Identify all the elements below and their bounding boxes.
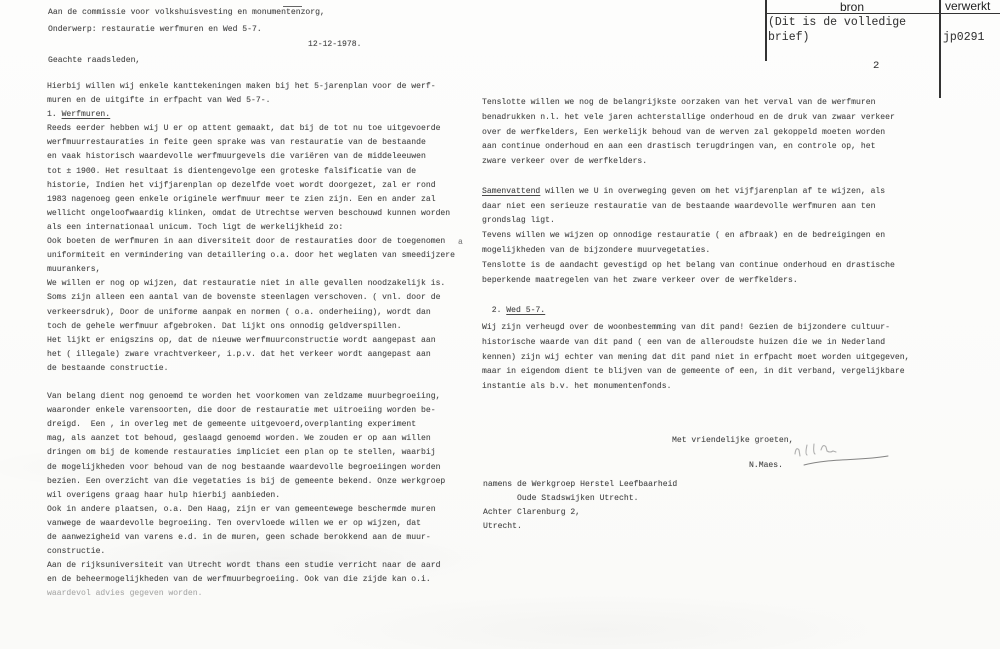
text-line: Tenslotte is de aandacht gevestigd op he… — [482, 259, 918, 274]
section-heading-wed: 2. Wed 5-7. — [482, 297, 545, 315]
text-line: Ook in andere plaatsen, o.a. Den Haag, z… — [47, 503, 457, 517]
text-line: muren en de uitgifte in erfpacht van Wed… — [47, 94, 457, 108]
text-line: toch de gehele werfmuur afgebroken. Dat … — [47, 320, 457, 334]
date-line: 12-12-1978. — [308, 40, 361, 49]
salutation-line: Geachte raadsleden, — [48, 56, 140, 65]
text-line: Reeds eerder hebben wij U er op attent g… — [47, 122, 457, 136]
stamp-border-middle — [939, 0, 941, 98]
right-column-part2: Wij zijn verheugd over de woonbestemming… — [482, 321, 918, 395]
text-line: historische waarde van dit pand ( een va… — [482, 336, 918, 351]
text-line: verkeersdruk), Door de uniforme aanpak e… — [47, 306, 457, 320]
signature-name: N.Maes. — [749, 461, 783, 470]
text-line: uniformiteit en vermindering van detaill… — [47, 249, 457, 263]
text-line: Hierbij willen wij enkele kanttekeningen… — [47, 80, 457, 94]
heading-number: 2. — [492, 306, 507, 315]
handwritten-signature — [788, 437, 898, 471]
text-line: als een internationaal unicum. Toch ligt… — [47, 221, 457, 235]
text-line: 1. Werfmuren. — [47, 108, 457, 122]
text-line: waaronder enkele varensoorten, die door … — [47, 404, 457, 418]
text-line: vanwege de waardevolle begroeiing. Ten o… — [47, 517, 457, 531]
text-line: constructie. — [47, 545, 457, 559]
text-line: beperkende maatregelen van het zware ver… — [482, 274, 918, 289]
text-line: de bestaande constructie. — [47, 362, 457, 376]
text-line: Tevens willen we wijzen op onnodige rest… — [482, 229, 918, 244]
heading-title: Wed 5-7. — [506, 306, 545, 315]
text-line: muurankers, — [47, 263, 457, 277]
text-line: mag, als aanzet tot behoud, geslaagd gen… — [47, 432, 457, 446]
text-line: benadrukken n.l. het vele jaren achterst… — [482, 111, 918, 126]
text-line — [47, 376, 457, 390]
right-column: Tenslotte willen we nog de belangrijkste… — [482, 96, 918, 288]
text-line: wil overigens graag haar hulp hierbij aa… — [47, 489, 457, 503]
stamp-source-note: (Dit is de volledige brief) — [768, 16, 930, 45]
text-line: Samenvattend willen we U in overweging g… — [482, 185, 918, 200]
text-line: over de werfkelders, Een werkelijk behou… — [482, 126, 918, 141]
addressee-line: Aan de commissie voor volkshuisvesting e… — [48, 8, 325, 17]
text-line: grondslag ligt. — [482, 214, 918, 229]
stamp-header-verwerkt: verwerkt — [945, 0, 990, 13]
text-line: Aan de rijksuniversiteit van Utrecht wor… — [47, 559, 457, 573]
left-column: Hierbij willen wij enkele kanttekeningen… — [47, 80, 457, 601]
closing-org-block: namens de Werkgroep Herstel Leefbaarheid… — [483, 478, 677, 534]
correction-mark — [283, 6, 302, 7]
subject-line: Onderwerp: restauratie werfmuren en Wed … — [48, 25, 262, 34]
text-line: 1983 nagenoeg geen enkele originele werf… — [47, 193, 457, 207]
text-line: en vaak historisch waardevolle werfmuurg… — [47, 150, 457, 164]
text-line: We willen er nog op wijzen, dat restaura… — [47, 277, 457, 291]
text-line: Soms zijn alleen een aantal van de boven… — [47, 291, 457, 305]
text-line: Tenslotte willen we nog de belangrijkste… — [482, 96, 918, 111]
text-line: namens de Werkgroep Herstel Leefbaarheid — [483, 478, 677, 492]
text-line: werfmuurrestauraties in feite geen sprak… — [47, 136, 457, 150]
text-line: en de beheermogelijkheden van de werfmuu… — [47, 573, 457, 587]
closing-salutation: Met vriendelijke groeten, — [672, 436, 793, 445]
stamp-header-bron: bron — [766, 0, 938, 14]
text-line: wellicht ongeloofwaardig klinken, omdat … — [47, 207, 457, 221]
stamp-code: jp0291 — [943, 31, 984, 46]
text-line: kennen) zijn wij echter van mening dat d… — [482, 351, 918, 366]
text-line: dreigd. Een , in overleg met de gemeente… — [47, 418, 457, 432]
text-line: historie, Indien het vijfjarenplan op de… — [47, 179, 457, 193]
text-line: de mogelijkheden voor behoud van de nog … — [47, 461, 457, 475]
stray-margin-mark: a — [458, 238, 463, 247]
text-line: Het lijkt er enigszins op, dat de nieuwe… — [47, 334, 457, 348]
text-line: instantie als b.v. het monumentenfonds. — [482, 380, 918, 395]
text-line: daar niet een serieuze restauratie van d… — [482, 200, 918, 215]
page-number: 2 — [873, 59, 879, 74]
text-line: dringen om bij de komende restauraties i… — [47, 446, 457, 460]
text-line — [482, 170, 918, 185]
text-line: Utrecht. — [483, 520, 677, 534]
text-line: bezien. Een overzicht van die vegetaties… — [47, 475, 457, 489]
text-line: maar in eigendom dient te blijven van de… — [482, 365, 918, 380]
text-line: waardevol advies gegeven worden. — [47, 587, 457, 601]
text-line: zware verkeer over de werfkelders. — [482, 155, 918, 170]
text-line: Ook boeten de werfmuren in aan diversite… — [47, 235, 457, 249]
text-line: Oude Stadswijken Utrecht. — [483, 492, 677, 506]
text-line: de aanwezigheid van varens e.d. in de mu… — [47, 531, 457, 545]
text-line: Wij zijn verheugd over de woonbestemming… — [482, 321, 918, 336]
text-line: tot ± 1900. Het resultaat is dientengevo… — [47, 165, 457, 179]
text-line: Achter Clarenburg 2, — [483, 506, 677, 520]
text-line: aan continue onderhoud en aan een drasti… — [482, 140, 918, 155]
text-line: mogelijkheden van de bijzondere muurvege… — [482, 244, 918, 259]
text-line: Van belang dient nog genoemd te worden h… — [47, 390, 457, 404]
scanned-letter-page: { "stamp": { "col1_header": "bron", "col… — [0, 0, 1000, 649]
text-line: het ( illegale) zware vrachtverkeer, i.p… — [47, 348, 457, 362]
